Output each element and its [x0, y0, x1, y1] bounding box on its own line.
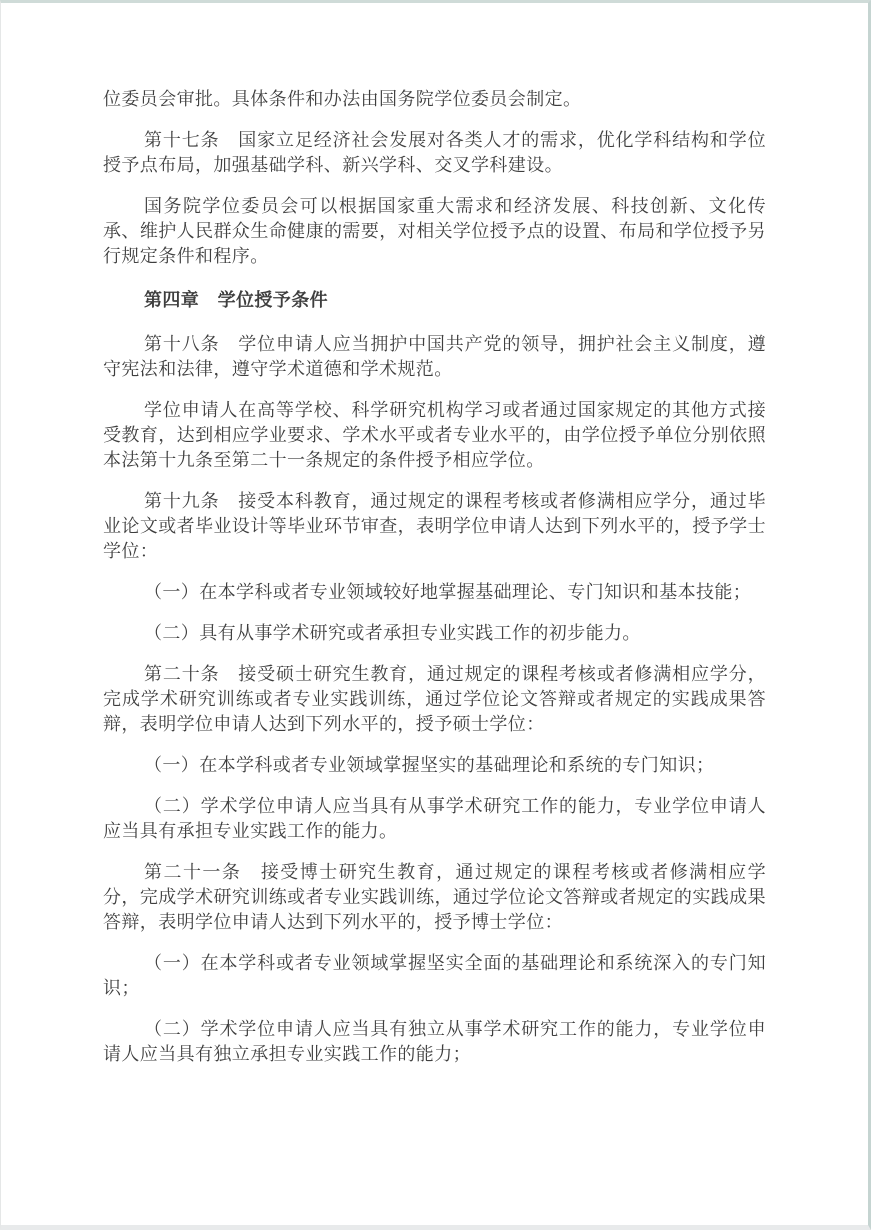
document-paragraph: 第十八条 学位申请人应当拥护中国共产党的领导，拥护社会主义制度，遵守宪法和法律，… [103, 332, 766, 382]
document-paragraph: （二）学术学位申请人应当具有从事学术研究工作的能力，专业学位申请人应当具有承担专… [103, 794, 766, 844]
document-paragraph: 位委员会审批。具体条件和办法由国务院学位委员会制定。 [103, 87, 766, 112]
document-paragraph: （二）学术学位申请人应当具有独立从事学术研究工作的能力，专业学位申请人应当具有独… [103, 1017, 766, 1067]
document-paragraph: 第十九条 接受本科教育，通过规定的课程考核或者修满相应学分，通过毕业论文或者毕业… [103, 489, 766, 564]
document-paragraph: 第二十一条 接受博士研究生教育，通过规定的课程考核或者修满相应学分，完成学术研究… [103, 860, 766, 935]
document-paragraph: （一）在本学科或者专业领域较好地掌握基础理论、专门知识和基本技能； [103, 580, 766, 605]
document-paragraph: 学位申请人在高等学校、科学研究机构学习或者通过国家规定的其他方式接受教育，达到相… [103, 398, 766, 473]
document-page: 位委员会审批。具体条件和办法由国务院学位委员会制定。第十七条 国家立足经济社会发… [0, 0, 871, 1230]
document-content: 位委员会审批。具体条件和办法由国务院学位委员会制定。第十七条 国家立足经济社会发… [1, 3, 868, 1083]
document-paragraph: （一）在本学科或者专业领域掌握坚实的基础理论和系统的专门知识； [103, 753, 766, 778]
document-paragraph: 国务院学位委员会可以根据国家重大需求和经济发展、科技创新、文化传承、维护人民群众… [103, 194, 766, 269]
document-paragraph: （一）在本学科或者专业领域掌握坚实全面的基础理论和系统深入的专门知识； [103, 951, 766, 1001]
document-paragraph: （二）具有从事学术研究或者承担专业实践工作的初步能力。 [103, 621, 766, 646]
document-paragraph: 第二十条 接受硕士研究生教育，通过规定的课程考核或者修满相应学分，完成学术研究训… [103, 662, 766, 737]
document-paragraph: 第十七条 国家立足经济社会发展对各类人才的需求，优化学科结构和学位授予点布局，加… [103, 128, 766, 178]
chapter-heading: 第四章 学位授予条件 [103, 288, 766, 313]
